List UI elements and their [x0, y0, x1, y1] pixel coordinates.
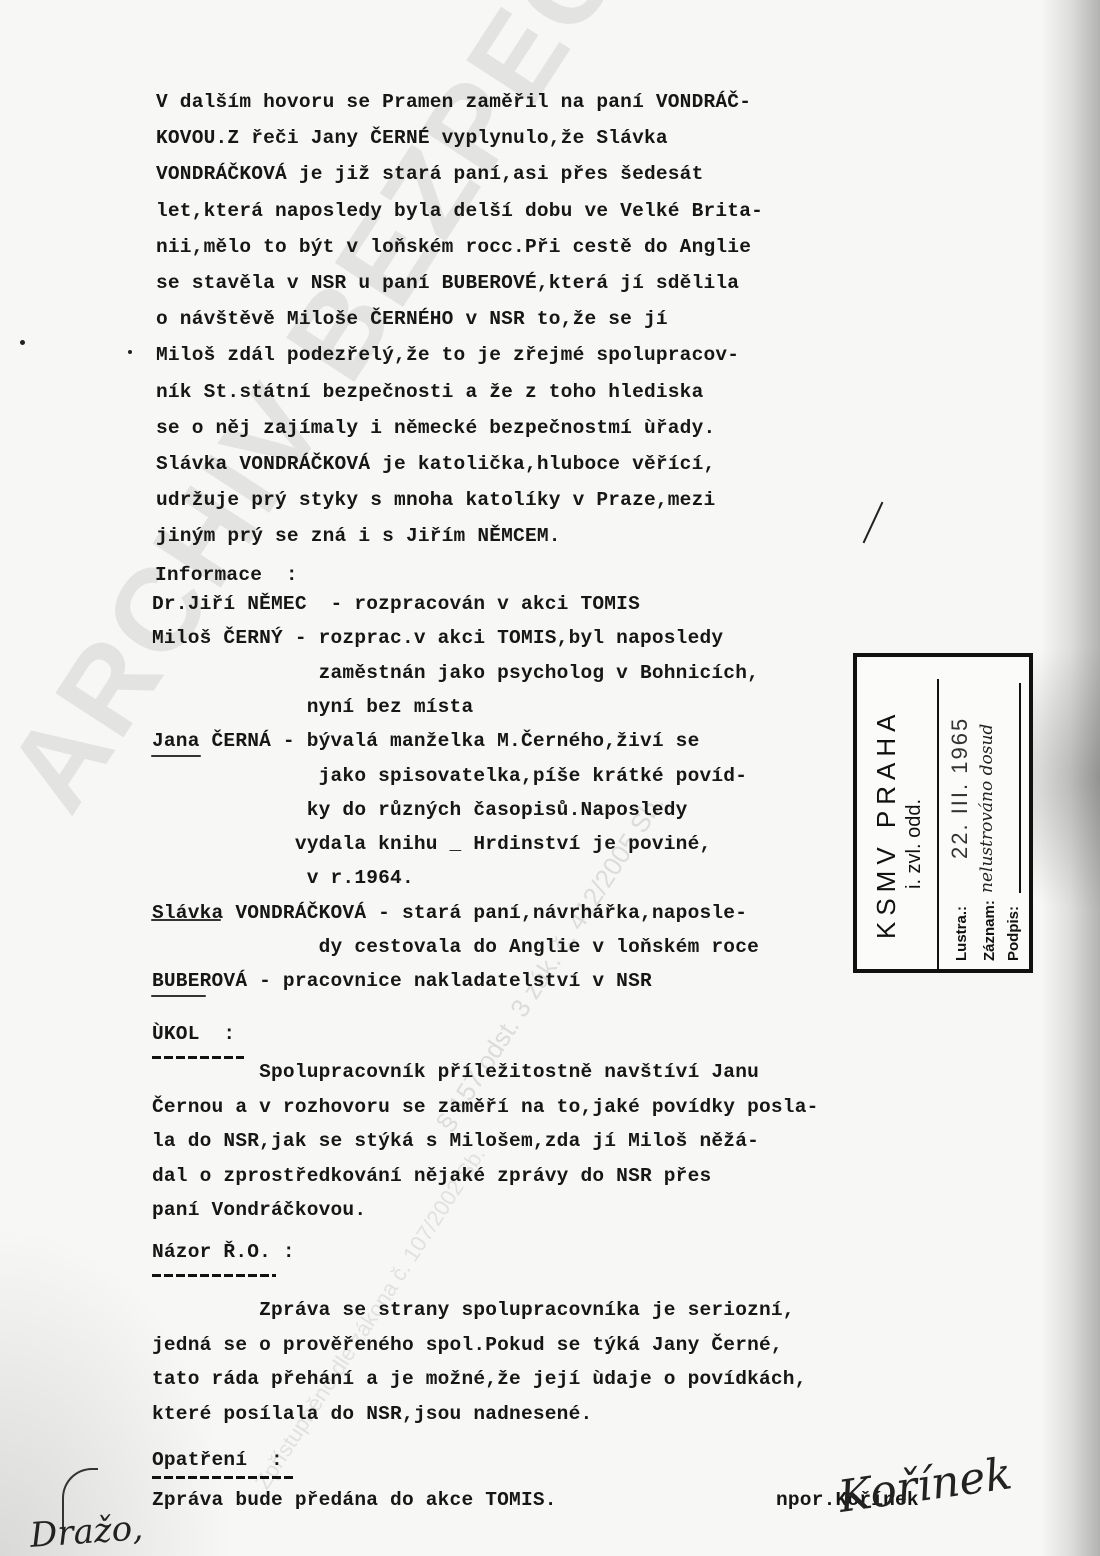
ukol-heading: ÙKOL : — [152, 1022, 235, 1046]
ukol-line: Černou a v rozhovoru se zaměří na to,jak… — [152, 1095, 819, 1119]
ukol-line: dal o zprostředkování nějaké zprávy do N… — [152, 1164, 711, 1188]
stamp-lustrace-label: Lustra.: — [953, 906, 970, 961]
text-line: let,která naposledy byla delší dobu ve V… — [156, 199, 763, 223]
stamp-subtitle: i. zvl. odd. — [903, 799, 926, 889]
handwritten-underline — [151, 995, 206, 997]
ksmv-stamp: KSMV PRAHA i. zvl. odd. Lustra.: 22. III… — [853, 653, 1033, 973]
stamp-zaznam-value: nelustrováno dosud — [977, 724, 997, 893]
stamp-podpis-label: Podpis: — [1005, 906, 1022, 961]
margin-dot — [128, 350, 132, 354]
text-line: V dalším hovoru se Pramen zaměřil na pan… — [156, 90, 751, 114]
text-line: VONDRÁČKOVÁ je již stará paní,asi přes š… — [156, 162, 704, 186]
informace-line: v r.1964. — [152, 866, 414, 890]
handwritten-margin-note: Dražo, — [29, 1508, 144, 1556]
informace-line: Slávka VONDRÁČKOVÁ - stará paní,návrhářk… — [152, 901, 747, 925]
text-line: KOVOU.Z řeči Jany ČERNÉ vyplynulo,že Slá… — [156, 126, 668, 150]
nazor-line: jedná se o prověřeného spol.Pokud se týk… — [152, 1333, 783, 1357]
stamp-date: 22. III. 1965 — [947, 717, 973, 859]
stamp-divider — [937, 679, 939, 969]
text-line: Miloš zdál podezřelý,že to je zřejmé spo… — [156, 343, 739, 367]
ukol-line: Spolupracovník příležitostně navštíví Ja… — [152, 1060, 759, 1084]
handwritten-underline — [151, 919, 221, 921]
informace-line: nyní bez místa — [152, 695, 473, 719]
nazor-line: Zpráva se strany spolupracovníka je seri… — [152, 1298, 795, 1322]
informace-line: zaměstnán jako psycholog v Bohnicích, — [152, 661, 759, 685]
informace-line: Miloš ČERNÝ - rozprac.v akci TOMIS,byl n… — [152, 626, 723, 650]
informace-heading: Informace : — [155, 563, 298, 587]
informace-line: dy cestovala do Anglie v loňském roce — [152, 935, 759, 959]
ukol-heading-underline — [152, 1056, 244, 1059]
informace-line: jako spisovatelka,píše krátké povíd- — [152, 764, 747, 788]
scan-edge-shadow — [1040, 0, 1100, 1556]
text-line: jiným prý se zná i s Jiřím NĚMCEM. — [156, 524, 561, 548]
margin-dot — [20, 340, 25, 345]
text-line: se stavěla v NSR u paní BUBEROVÉ,která j… — [156, 271, 739, 295]
handwritten-underline — [151, 755, 201, 757]
nazor-heading-underline — [152, 1274, 276, 1277]
stamp-zaznam-label: Záznam: — [981, 900, 998, 961]
text-line: ník St.státní bezpečnosti a že z toho hl… — [156, 380, 704, 404]
nazor-heading: Názor Ř.O. : — [152, 1240, 295, 1264]
stamp-podpis-line — [1019, 683, 1021, 893]
nazor-line: které posílala do NSR,jsou nadnesené. — [152, 1402, 592, 1426]
ukol-line: la do NSR,jak se stýká s Milošem,zda jí … — [152, 1129, 759, 1153]
opatreni-text: Zpráva bude předána do akce TOMIS. — [152, 1488, 557, 1512]
text-line: Slávka VONDRÁČKOVÁ je katolička,hluboce … — [156, 452, 715, 476]
text-line: se o něj zajímaly i německé bezpečnostmí… — [156, 416, 715, 440]
informace-line: ky do různých časopisů.Naposledy — [152, 798, 688, 822]
nazor-line: tato ráda přehání a je možné,že její ùda… — [152, 1367, 807, 1391]
opatreni-heading-underline — [152, 1476, 296, 1479]
informace-line: BUBEROVÁ - pracovnice nakladatelství v N… — [152, 969, 652, 993]
informace-line: Jana ČERNÁ - bývalá manželka M.Černého,ž… — [152, 729, 700, 753]
informace-line: vydala knihu _ Hrdinství je poviné, — [152, 832, 711, 856]
text-line: udržuje prý styky s mnoha katolíky v Pra… — [156, 488, 715, 512]
stamp-title: KSMV PRAHA — [871, 709, 902, 940]
text-line: nii,mělo to být v loňském rocc.Při cestě… — [156, 235, 751, 259]
ukol-line: paní Vondráčkovou. — [152, 1198, 366, 1222]
opatreni-heading: Opatření : — [152, 1448, 283, 1472]
informace-line: Dr.Jiří NĚMEC - rozpracován v akci TOMIS — [152, 592, 640, 616]
text-line: o návštěvě Miloše ČERNÉHO v NSR to,že se… — [156, 307, 668, 331]
